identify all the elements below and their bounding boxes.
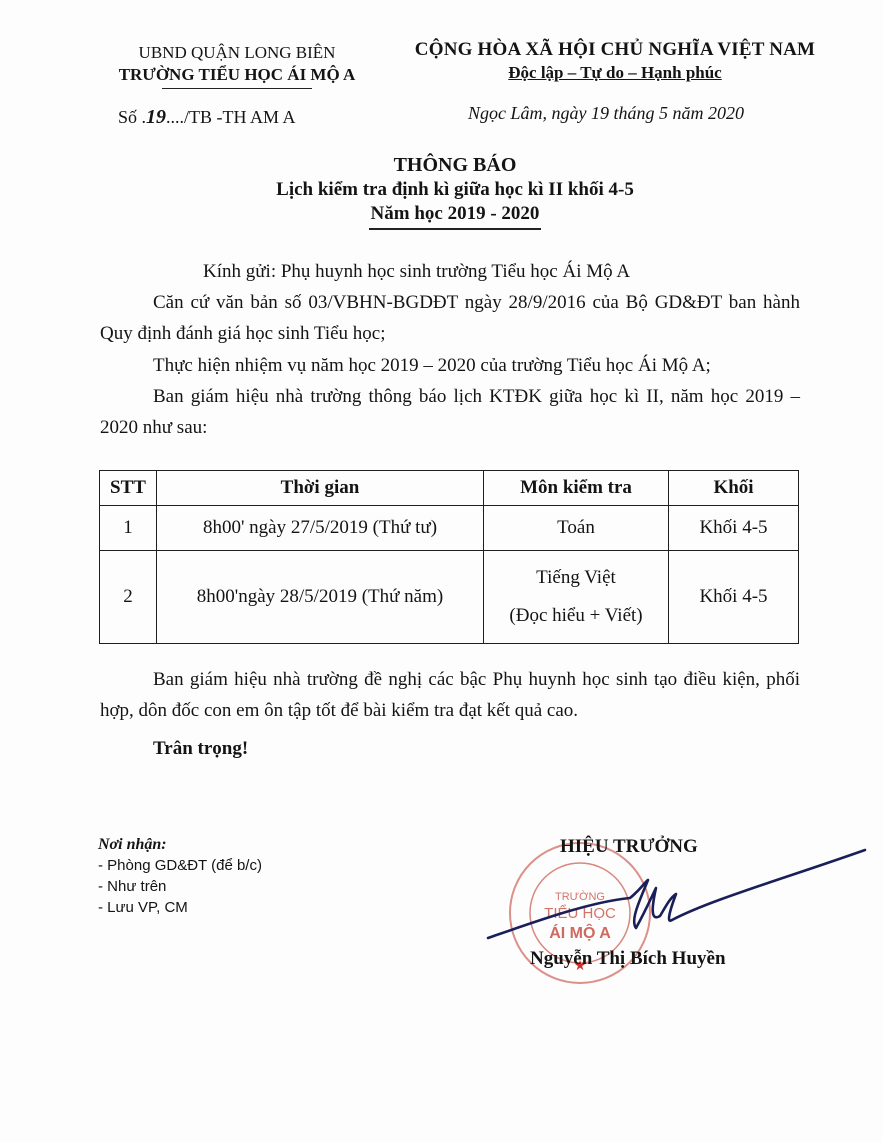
school-year: Năm học 2019 - 2020 — [200, 202, 710, 226]
school-name: TRƯỜNG TIỂU HỌC ÁI MỘ A — [92, 64, 382, 86]
cell-time: 8h00' ngày 27/5/2019 (Thứ tư) — [157, 506, 484, 551]
signer-name: Nguyễn Thị Bích Huyền — [530, 948, 726, 970]
table-row: 2 8h00'ngày 28/5/2019 (Thứ năm) Tiếng Vi… — [100, 551, 799, 644]
column-header-stt: STT — [100, 471, 157, 506]
handwritten-signature-icon — [480, 840, 870, 960]
recipients-block: Nơi nhận: - Phòng GD&ĐT (để b/c) - Như t… — [98, 834, 262, 918]
cell-grade: Khối 4-5 — [669, 506, 799, 551]
legal-basis-paragraph: Căn cứ văn bản số 03/VBHN-BGDĐT ngày 28/… — [100, 287, 800, 349]
column-header-time: Thời gian — [157, 471, 484, 506]
subject-name: Tiếng Việt — [484, 559, 668, 597]
national-header-block: CỘNG HÒA XÃ HỘI CHỦ NGHĨA VIỆT NAM Độc l… — [400, 38, 830, 84]
cell-grade: Khối 4-5 — [669, 551, 799, 644]
nation-name: CỘNG HÒA XÃ HỘI CHỦ NGHĨA VIỆT NAM — [400, 38, 830, 62]
closing-paragraph: Ban giám hiệu nhà trường đề nghị các bậc… — [100, 664, 800, 726]
exam-schedule-table: STT Thời gian Môn kiểm tra Khối 1 8h00' … — [99, 470, 799, 644]
cell-stt: 1 — [100, 506, 157, 551]
cell-subject: Toán — [484, 506, 669, 551]
document-title-block: THÔNG BÁO Lịch kiểm tra định kì giữa học… — [200, 152, 710, 230]
regards: Trân trọng! — [153, 738, 248, 760]
cell-time: 8h00'ngày 28/5/2019 (Thứ năm) — [157, 551, 484, 644]
issuing-authority-block: UBND QUẬN LONG BIÊN TRƯỜNG TIỂU HỌC ÁI M… — [92, 42, 382, 89]
recipient-item: - Như trên — [98, 876, 262, 897]
place-date: Ngọc Lâm, ngày 19 tháng 5 năm 2020 — [468, 103, 744, 124]
document-number: Số .19..../TB -TH AM A — [118, 106, 296, 129]
document-subheading: Lịch kiểm tra định kì giữa học kì II khố… — [200, 178, 710, 202]
implementation-paragraph: Thực hiện nhiệm vụ năm học 2019 – 2020 c… — [153, 350, 711, 381]
recipient-item: - Phòng GD&ĐT (để b/c) — [98, 855, 262, 876]
authority-name: UBND QUẬN LONG BIÊN — [92, 42, 382, 64]
number-value: 19 — [146, 106, 166, 128]
recipients-title: Nơi nhận: — [98, 834, 262, 855]
table-row: 1 8h00' ngày 27/5/2019 (Thứ tư) Toán Khố… — [100, 506, 799, 551]
table-header-row: STT Thời gian Môn kiểm tra Khối — [100, 471, 799, 506]
announcement-paragraph: Ban giám hiệu nhà trường thông báo lịch … — [100, 381, 800, 443]
subject-detail: (Đọc hiểu + Viết) — [484, 597, 668, 635]
column-header-subject: Môn kiểm tra — [484, 471, 669, 506]
number-suffix: ..../TB -TH AM A — [166, 107, 296, 127]
cell-stt: 2 — [100, 551, 157, 644]
greeting: Kính gửi: Phụ huynh học sinh trường Tiểu… — [203, 256, 630, 287]
column-header-grade: Khối — [669, 471, 799, 506]
document-heading: THÔNG BÁO — [200, 152, 710, 178]
divider — [369, 228, 541, 230]
recipient-item: - Lưu VP, CM — [98, 897, 262, 918]
number-prefix: Số . — [118, 107, 146, 127]
national-motto: Độc lập – Tự do – Hạnh phúc — [508, 63, 721, 82]
cell-subject: Tiếng Việt (Đọc hiểu + Viết) — [484, 551, 669, 644]
divider — [162, 88, 312, 89]
